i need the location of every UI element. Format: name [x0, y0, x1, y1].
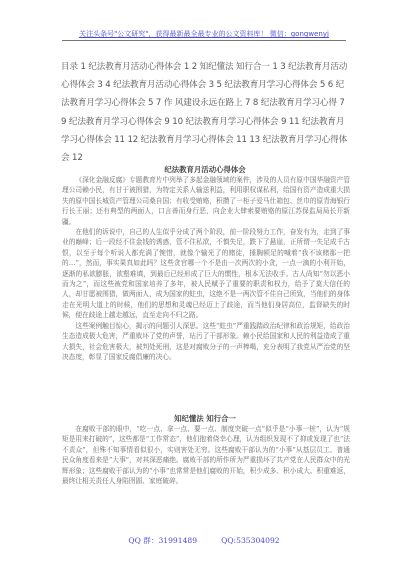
table-of-contents: 目录 1 纪法教育月活动心得体会 1 2 知纪懂法 知行合一 1 3 纪法教育月…: [61, 58, 351, 167]
section-title: 知纪懂法 知行合一: [60, 413, 350, 424]
document-page: 关注头条号"公文研究"，获得最新最全最专业的公文资料库！ 微信：gongweny…: [0, 0, 408, 580]
header-banner: 关注头条号"公文研究"，获得最新最全最专业的公文资料库！ 微信：gongweny…: [62, 30, 346, 41]
paragraph: 这些案例触目惊心，揭示的问题引人深思。这些“蛀虫”严重践踏政治纪律和政治规矩，给…: [62, 321, 350, 363]
paragraph: 《深化金融反腐》专题教育片中列举了多起金融领域的案件，涉及的人员有原中国华融资产…: [62, 175, 350, 227]
qq-number: QQ:535304092: [221, 536, 280, 545]
qq-group-number: QQ 群：31991489: [128, 536, 197, 545]
section-body: 《深化金融反腐》专题教育片中列举了多起金融领域的案件，涉及的人员有原中国华融资产…: [62, 175, 350, 362]
paragraph: 在腐败干部的眼中，“吃一点、拿一点、要一点、制度突破一点”似乎是“小事一桩”，认…: [62, 424, 350, 486]
paragraph: 在他们的诉说中，自己的人生似乎分成了两个阶段，前一阶段努力工作，奋发有为，走到了…: [62, 227, 350, 321]
footer-contact: QQ 群：31991489QQ:535304092: [0, 535, 408, 546]
section-title: 纪法教育月活动心得体会: [60, 164, 350, 175]
header-banner-link[interactable]: 关注头条号"公文研究"，获得最新最全最专业的公文资料库！ 微信：gongweny…: [79, 30, 329, 38]
section-body: 在腐败干部的眼中，“吃一点、拿一点、要一点、制度突破一点”似乎是“小事一桩”，认…: [62, 424, 350, 486]
